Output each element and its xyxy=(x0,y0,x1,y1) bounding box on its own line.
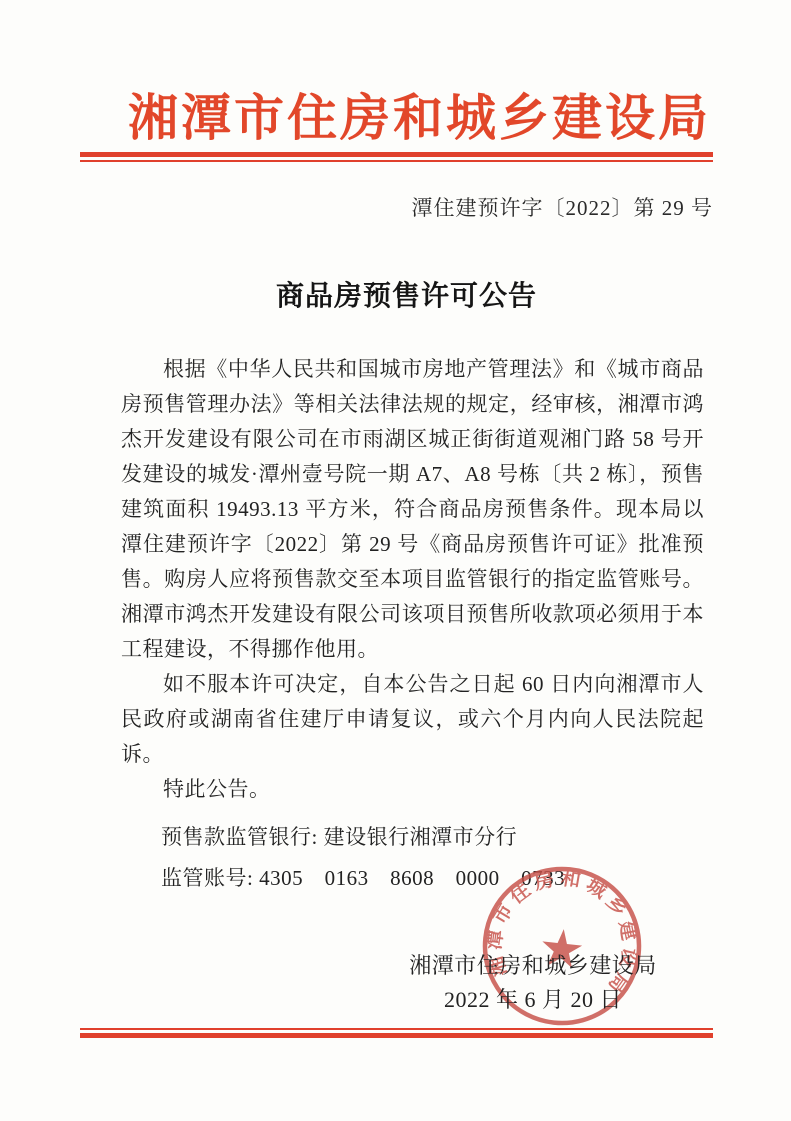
supervising-bank-label: 预售款监管银行: xyxy=(161,825,324,849)
supervising-bank-name: 建设银行湘潭市分行 xyxy=(324,825,518,849)
footer-rule xyxy=(80,1028,713,1038)
footer-rule-thick-line xyxy=(80,1033,713,1038)
letterhead-agency-title: 湘潭市住房和城乡建设局 xyxy=(80,0,713,148)
bank-info-block: 预售款监管银行: 建设银行湘潭市分行 监管账号: 4305 0163 8608 … xyxy=(161,817,713,899)
signature-date: 2022 年 6 月 20 日 xyxy=(403,983,663,1017)
notice-title: 商品房预售许可公告 xyxy=(80,274,713,314)
letterhead-rule-thin-line xyxy=(80,160,713,162)
signature-agency: 湘潭市住房和城乡建设局 xyxy=(403,949,663,983)
letterhead-rule xyxy=(80,152,713,162)
supervised-account-line: 监管账号: 4305 0163 8608 0000 0733 xyxy=(161,858,713,899)
supervised-account-label: 监管账号: xyxy=(161,866,259,890)
supervising-bank-line: 预售款监管银行: 建设银行湘潭市分行 xyxy=(161,817,713,858)
body-paragraph-appeal-rights: 如不服本许可决定，自本公告之日起 60 日内向湘潭市人民政府或湖南省住建厅申请复… xyxy=(121,667,704,772)
official-notice-document: 湘潭市住房和城乡建设局 潭住建预许字〔2022〕第 29 号 商品房预售许可公告… xyxy=(0,0,791,1121)
supervised-account-number: 4305 0163 8608 0000 0733 xyxy=(259,866,565,890)
body-paragraph-legal-basis: 根据《中华人民共和国城市房地产管理法》和《城市商品房预售管理办法》等相关法律法规… xyxy=(121,352,704,667)
notice-body: 根据《中华人民共和国城市房地产管理法》和《城市商品房预售管理办法》等相关法律法规… xyxy=(121,352,704,807)
closing-line: 特此公告。 xyxy=(121,772,704,807)
document-number: 潭住建预许字〔2022〕第 29 号 xyxy=(80,192,713,222)
signature-block: 湘潭市住房和城乡建设局 2022 年 6 月 20 日 xyxy=(403,949,663,1017)
